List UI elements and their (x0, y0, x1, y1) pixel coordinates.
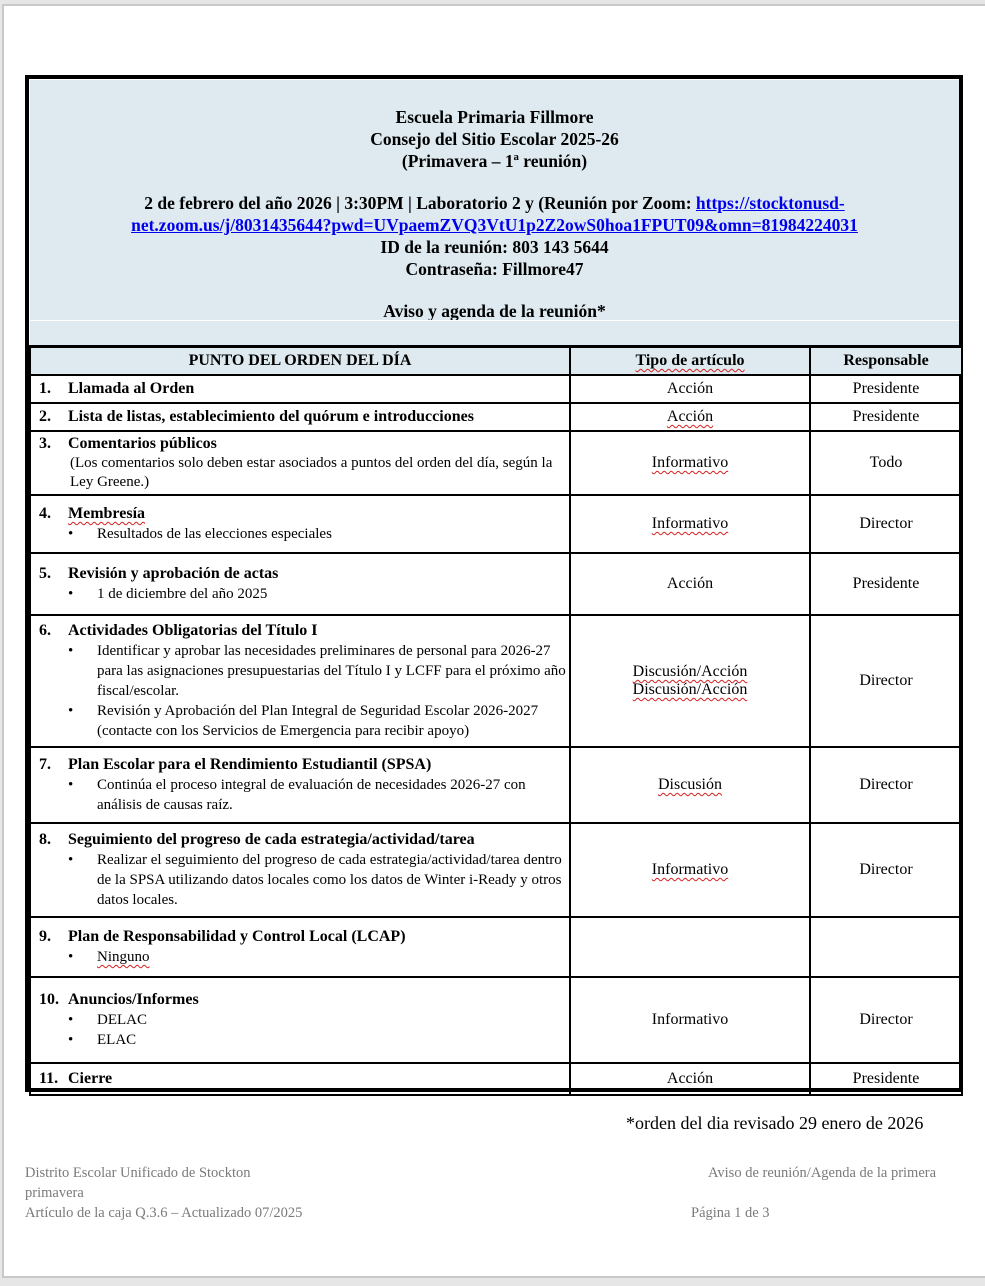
item-owner: Presidente (810, 403, 962, 431)
item-owner: Presidente (810, 1063, 962, 1095)
footer-left: Distrito Escolar Unificado de Stockton p… (25, 1163, 302, 1223)
notice-title: Aviso y agenda de la reunión* (30, 300, 959, 322)
item-owner: Presidente (810, 553, 962, 615)
item-number: 11. (39, 1069, 68, 1089)
item-type: Acción (570, 403, 810, 431)
item-title: Comentarios públicos (68, 434, 217, 454)
agenda-row: 7.Plan Escolar para el Rendimiento Estud… (30, 747, 962, 823)
item-title: Actividades Obligatorias del Título I (68, 621, 318, 641)
agenda-row: 1.Llamada al OrdenAcciónPresidente (30, 375, 962, 403)
item-owner: Director (810, 977, 962, 1063)
item-number: 5. (39, 564, 68, 584)
meeting-id: ID de la reunión: 803 143 5644 (30, 236, 959, 258)
zoom-link-continued[interactable]: net.zoom.us/j/8031435644?pwd=UVpaemZVQ3V… (131, 215, 858, 235)
item-bullet: Resultados de las elecciones especiales (97, 524, 569, 544)
item-type (570, 917, 810, 977)
item-bullet: Ninguno (97, 947, 569, 967)
item-number: 4. (39, 504, 68, 524)
item-owner: Todo (810, 431, 962, 495)
item-title: Llamada al Orden (68, 379, 194, 399)
agenda-row: 9.Plan de Responsabilidad y Control Loca… (30, 917, 962, 977)
agenda-row: 2.Lista de listas, establecimiento del q… (30, 403, 962, 431)
council-name: Consejo del Sitio Escolar 2025-26 (30, 128, 959, 150)
agenda-row: 4.MembresíaResultados de las elecciones … (30, 495, 962, 553)
item-owner: Director (810, 823, 962, 917)
item-bullet: Revisión y Aprobación del Plan Integral … (97, 701, 569, 741)
item-type: Informativo (570, 977, 810, 1063)
item-number: 10. (39, 990, 68, 1010)
item-title: Cierre (68, 1069, 112, 1089)
item-type: Acción (570, 553, 810, 615)
item-title: Lista de listas, establecimiento del quó… (68, 407, 474, 427)
item-owner: Director (810, 495, 962, 553)
item-type: Discusión/AcciónDiscusión/Acción (570, 615, 810, 747)
meeting-password: Contraseña: Fillmore47 (30, 258, 959, 280)
meeting-details: 2 de febrero del año 2026 | 3:30PM | Lab… (30, 192, 959, 214)
page-number: Página 1 de 3 (691, 1203, 770, 1223)
item-type: Acción (570, 375, 810, 403)
column-header-item: PUNTO DEL ORDEN DEL DÍA (30, 347, 570, 376)
agenda-table: PUNTO DEL ORDEN DEL DÍA Tipo de artículo… (29, 345, 963, 1096)
item-type: Acción (570, 1063, 810, 1095)
item-bullet: ELAC (97, 1030, 569, 1050)
meeting-header: Escuela Primaria Fillmore Consejo del Si… (29, 79, 959, 346)
agenda-row: 11.CierreAcciónPresidente (30, 1063, 962, 1095)
item-title: Anuncios/Informes (68, 990, 199, 1010)
item-type: Informativo (570, 823, 810, 917)
item-number: 8. (39, 830, 68, 850)
item-title: Membresía (68, 504, 145, 524)
item-bullet: DELAC (97, 1010, 569, 1030)
footer-right-title: Aviso de reunión/Agenda de la primera (708, 1163, 936, 1183)
item-type: Informativo (570, 431, 810, 495)
item-bullet: 1 de diciembre del año 2025 (97, 584, 569, 604)
item-note: (Los comentarios solo deben estar asocia… (39, 454, 569, 492)
item-number: 7. (39, 755, 68, 775)
item-owner (810, 917, 962, 977)
school-name: Escuela Primaria Fillmore (30, 80, 959, 128)
agenda-row: 8.Seguimiento del progreso de cada estra… (30, 823, 962, 917)
agenda-row: 10.Anuncios/InformesDELACELACInformativo… (30, 977, 962, 1063)
agenda-row: 3.Comentarios públicos(Los comentarios s… (30, 431, 962, 495)
item-number: 3. (39, 434, 68, 454)
item-owner: Presidente (810, 375, 962, 403)
item-number: 9. (39, 927, 68, 947)
item-bullet: Continúa el proceso integral de evaluaci… (97, 775, 569, 815)
item-number: 2. (39, 407, 68, 427)
agenda-row: 5.Revisión y aprobación de actas1 de dic… (30, 553, 962, 615)
item-title: Seguimiento del progreso de cada estrate… (68, 830, 475, 850)
agenda-row: 6.Actividades Obligatorias del Título II… (30, 615, 962, 747)
session-name: (Primavera – 1ª reunión) (30, 150, 959, 172)
revision-footnote: *orden del dia revisado 29 enero de 2026 (626, 1113, 923, 1134)
item-number: 6. (39, 621, 68, 641)
item-title: Revisión y aprobación de actas (68, 564, 278, 584)
item-bullet: Realizar el seguimiento del progreso de … (97, 850, 569, 910)
item-owner: Director (810, 615, 962, 747)
column-header-type: Tipo de artículo (570, 347, 810, 376)
item-title: Plan Escolar para el Rendimiento Estudia… (68, 755, 431, 775)
item-type: Informativo (570, 495, 810, 553)
column-header-owner: Responsable (810, 347, 962, 376)
item-number: 1. (39, 379, 68, 399)
item-title: Plan de Responsabilidad y Control Local … (68, 927, 406, 947)
item-type: Discusión (570, 747, 810, 823)
zoom-link[interactable]: https://stocktonusd- (696, 193, 845, 213)
item-bullet: Identificar y aprobar las necesidades pr… (97, 641, 569, 701)
agenda-frame: Escuela Primaria Fillmore Consejo del Si… (25, 75, 963, 1092)
item-owner: Director (810, 747, 962, 823)
